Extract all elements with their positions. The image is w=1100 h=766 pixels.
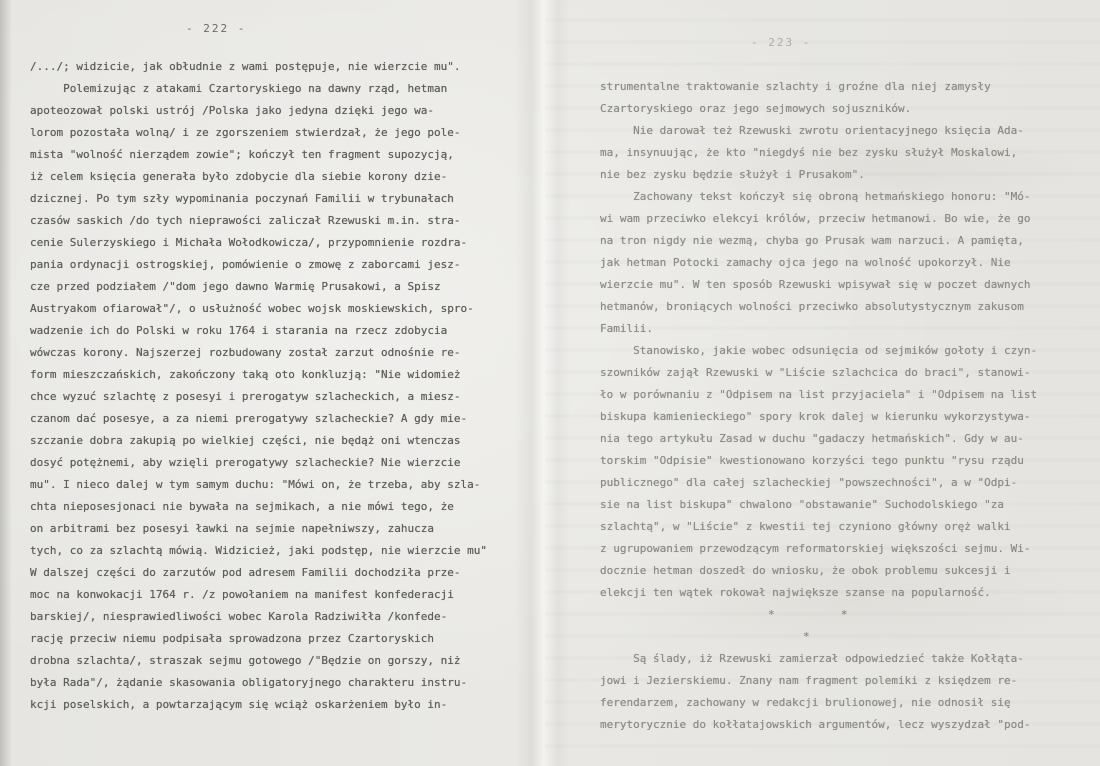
text-line: ma, insynuując, że kto "niegdyś nie bez … xyxy=(600,142,1037,164)
text-line: tych, co za szlachtą mówią. Widzicież, j… xyxy=(30,540,487,562)
text-line: nie bez zysku będzie służył i Prusakom". xyxy=(600,164,1037,186)
text-line: W dalszej części do zarzutów pod adresem… xyxy=(30,562,487,584)
text-line: torskim "Odpisie" kwestionowano korzyści… xyxy=(600,450,1037,472)
text-line: publicznego" dla całej szlacheckiej "pow… xyxy=(600,472,1037,494)
book-scan: - 222 - /.../; widzicie, jak obłudnie z … xyxy=(0,0,1100,766)
text-line: ło w porównaniu z "Odpisem na list przyj… xyxy=(600,384,1037,406)
text-line: form mieszczańskich, zakończony taką oto… xyxy=(30,364,487,386)
text-line: docznie hetman doszedł do wniosku, że ob… xyxy=(600,560,1037,582)
text-line: dzicznej. Po tym szły wypominania poczyn… xyxy=(30,188,487,210)
text-line: Stanowisko, jakie wobec odsunięcia od se… xyxy=(600,340,1037,362)
text-line: Austryakom ofiarował"/, o usłużność wobe… xyxy=(30,298,487,320)
text-line: merytorycznie do kołłatajowskich argumen… xyxy=(600,714,1030,736)
text-line: kcji poselskich, a powtarzającym się wci… xyxy=(30,694,487,716)
text-line: Nie darował też Rzewuski zwrotu orientac… xyxy=(600,120,1037,142)
text-line: wadzenie ich do Polski w roku 1764 i sta… xyxy=(30,320,487,342)
text-line: wi wam przeciwko elekcyi królów, przeciw… xyxy=(600,208,1037,230)
text-line: mista "wolność nierządem zowie"; kończył… xyxy=(30,144,487,166)
right-page-text: strumentalne traktowanie szlachty i groź… xyxy=(600,76,1037,604)
text-line: na tron nigdy nie wezmą, chyba go Prusak… xyxy=(600,230,1037,252)
left-page-text: /.../; widzicie, jak obłudnie z wami pos… xyxy=(30,56,487,716)
text-line: szowników zajął Rzewuski w "Liście szlac… xyxy=(600,362,1037,384)
text-line: dosyć potężnemi, aby wzięli prerogatywy … xyxy=(30,452,487,474)
text-line: /.../; widzicie, jak obłudnie z wami pos… xyxy=(30,56,487,78)
text-line: czasów saskich /do tych nieprawości zali… xyxy=(30,210,487,232)
text-line: rację przeciw niemu podpisała sprowadzon… xyxy=(30,628,487,650)
text-line: jowi i Jezierskiemu. Znany nam fragment … xyxy=(600,670,1030,692)
text-line: Polemizując z atakami Czartoryskiego na … xyxy=(30,78,487,100)
text-line: on arbitrami bez posesyi ławki na sejmie… xyxy=(30,518,487,540)
text-line: strumentalne traktowanie szlachty i groź… xyxy=(600,76,1037,98)
text-line: drobna szlachta/, straszak sejmu gotoweg… xyxy=(30,650,487,672)
text-line: z ugrupowaniem przewodzącym reformatorsk… xyxy=(600,538,1037,560)
text-line: jak hetman Potocki zamachy ojca jego na … xyxy=(600,252,1037,274)
text-line: cze przed podziałem /"dom jego dawno War… xyxy=(30,276,487,298)
right-page-number: - 223 - xyxy=(751,32,811,54)
text-line: apoteozował polski ustrój /Polska jako j… xyxy=(30,100,487,122)
left-page: - 222 - /.../; widzicie, jak obłudnie z … xyxy=(0,0,545,766)
section-separator-asterisk-row: * * xyxy=(768,604,847,626)
text-line: lorom pozostała wolną/ i ze zgorszeniem … xyxy=(30,122,487,144)
text-line: moc na konwokacji 1764 r. /z powołaniem … xyxy=(30,584,487,606)
text-line: szlachtą", w "Liście" z kwestii tej czyn… xyxy=(600,516,1037,538)
text-line: hetmanów, broniących wolności przeciwko … xyxy=(600,296,1037,318)
text-line: mu". I nieco dalej w tym samym duchu: "M… xyxy=(30,474,487,496)
left-page-number: - 222 - xyxy=(186,18,246,40)
text-line: Familii. xyxy=(600,318,1037,340)
text-line: była Rada"/, żądanie skasowania obligato… xyxy=(30,672,487,694)
text-line: barskiej/, niesprawiedliwości wobec Karo… xyxy=(30,606,487,628)
text-line: szczanie dobra zakupią po wielkiej częśc… xyxy=(30,430,487,452)
text-line: pania ordynacji ostrogskiej, pomówienie … xyxy=(30,254,487,276)
text-line: Zachowany tekst kończył się obroną hetma… xyxy=(600,186,1037,208)
text-line: iż celem księcia generała było zdobycie … xyxy=(30,166,487,188)
text-line: wierzcie mu". W ten sposób Rzewuski wpis… xyxy=(600,274,1037,296)
text-line: chta nieposesjonaci nie bywała na sejmik… xyxy=(30,496,487,518)
text-line: cenie Sulerzyskiego i Michała Wołodkowic… xyxy=(30,232,487,254)
section-separator-asterisk: * xyxy=(803,626,810,648)
text-line: sie na list biskupa" chwalono "obstawani… xyxy=(600,494,1037,516)
right-page: - 223 - strumentalne traktowanie szlacht… xyxy=(545,0,1100,766)
text-line: wówczas korony. Najszerzej rozbudowany z… xyxy=(30,342,487,364)
text-line: chce wyzuć szlachtę z posesyi i prerogat… xyxy=(30,386,487,408)
text-line: nia tego artykułu Zasad w duchu "gadaczy… xyxy=(600,428,1037,450)
text-line: ferendarzem, zachowany w redakcji brulio… xyxy=(600,692,1030,714)
text-line: czanom dać posesye, a za niemi prerogaty… xyxy=(30,408,487,430)
text-line: biskupa kamienieckiego" spory krok dalej… xyxy=(600,406,1037,428)
right-page-closing-text: Są ślady, iż Rzewuski zamierzał odpowied… xyxy=(600,648,1030,736)
text-line: elekcji ten wątek rokował największe sza… xyxy=(600,582,1037,604)
text-line: Są ślady, iż Rzewuski zamierzał odpowied… xyxy=(600,648,1030,670)
text-line: Czartoryskiego oraz jego sejmowych sojus… xyxy=(600,98,1037,120)
